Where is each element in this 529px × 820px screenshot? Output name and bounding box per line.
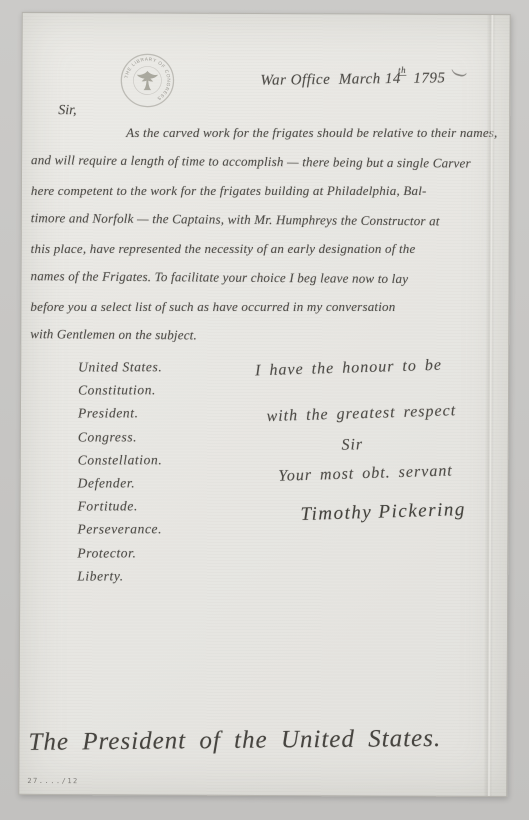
archival-mark: 27..../12 — [27, 777, 78, 785]
scanned-document-background: THE LIBRARY OF CONGRESS War Office March… — [0, 0, 529, 820]
letter-body: As the carved work for the frigates shou… — [30, 117, 507, 351]
dateline-date: March 14 — [339, 71, 401, 88]
body-line: here competent to the work for the friga… — [31, 176, 507, 205]
body-line: names of the Frigates. To facilitate you… — [30, 261, 506, 294]
eagle-icon — [137, 71, 158, 90]
ship-name: Protector. — [77, 541, 162, 565]
body-line: timore and Norfolk — the Captains, with … — [31, 203, 507, 236]
library-of-congress-stamp: THE LIBRARY OF CONGRESS — [118, 51, 176, 109]
closing-line: with the greatest respect — [266, 402, 456, 426]
ship-name: Liberty. — [77, 564, 162, 588]
ship-name: Congress. — [78, 425, 163, 449]
pen-flourish: ) — [450, 70, 470, 78]
body-line: As the carved work for the frigates shou… — [31, 118, 507, 147]
body-line: before you a select list of such as have… — [30, 292, 506, 321]
ship-name-list: United States. Constitution. President. … — [77, 355, 163, 587]
dateline-ordinal: th — [398, 65, 406, 76]
ship-name: Defender. — [78, 471, 163, 495]
ship-name: President. — [78, 402, 163, 426]
signature-timothy-pickering: Timothy Pickering — [300, 499, 466, 526]
dateline: War Office March 14 th 1795 ) — [260, 67, 463, 90]
addressee-line: The President of the United States. — [28, 725, 441, 757]
ship-name: Constellation. — [78, 448, 163, 472]
dateline-place: War Office — [260, 72, 330, 89]
ship-name: Constitution. — [78, 378, 163, 402]
letter-closing: I have the honour to be with the greates… — [255, 355, 511, 498]
closing-line: I have the honour to be — [255, 357, 442, 381]
body-line: and will require a length of time to acc… — [31, 145, 507, 178]
ship-name: Fortitude. — [78, 494, 163, 518]
ship-name: United States. — [78, 355, 163, 379]
letter-page: THE LIBRARY OF CONGRESS War Office March… — [18, 12, 510, 797]
closing-line: Your most obt. servant — [278, 462, 453, 485]
body-line: this place, have represented the necessi… — [31, 234, 507, 263]
body-line: with Gentlemen on the subject. — [30, 319, 506, 352]
ship-name: Perseverance. — [77, 518, 162, 542]
closing-line: Sir — [341, 436, 363, 455]
dateline-year: 1795 — [413, 70, 445, 86]
